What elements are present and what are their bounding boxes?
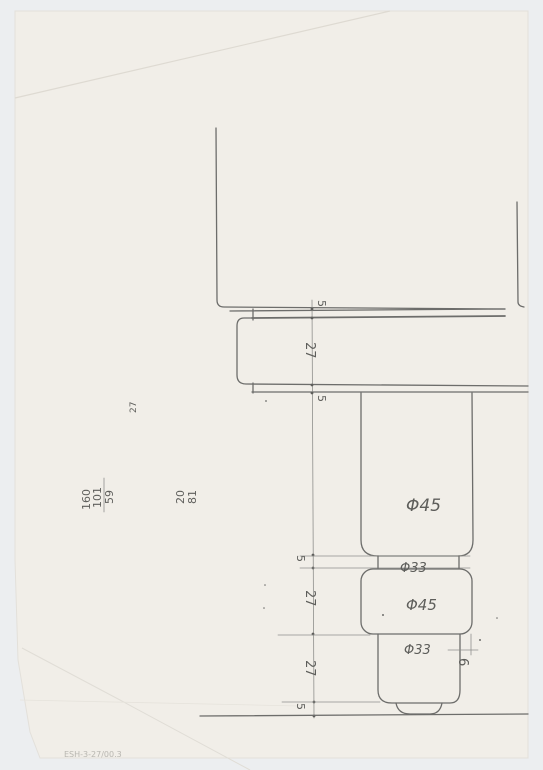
drawing-sheet: 5 27 5 5 27 27 5 6 Φ45 Φ33 Φ45 Φ33 27 16… xyxy=(0,0,543,770)
dim-label-top-rail: 27 xyxy=(302,342,317,359)
technical-drawing: 5 27 5 5 27 27 5 6 Φ45 Φ33 Φ45 Φ33 27 16… xyxy=(0,0,543,770)
dim-label-middle-block: 27 xyxy=(302,590,317,607)
dim-label-foot-offset: 6 xyxy=(455,658,470,666)
dia-label-upper-neck: Φ33 xyxy=(400,561,427,576)
dim-label-top-gap: 5 xyxy=(315,300,328,307)
dim-label-top-lower-gap: 5 xyxy=(315,395,328,402)
margin-note-fraction: 20 81 xyxy=(174,490,199,504)
dia-label-upper-leg: Φ45 xyxy=(406,496,441,516)
dim-label-neck-gap: 5 xyxy=(294,555,307,562)
svg-text:59: 59 xyxy=(103,490,116,504)
dia-label-middle-block: Φ45 xyxy=(406,596,437,614)
dim-label-bottom-gap: 5 xyxy=(294,703,307,710)
dia-label-foot: Φ33 xyxy=(404,643,431,658)
dim-label-foot: 27 xyxy=(302,660,317,677)
margin-note-small: 27 xyxy=(129,402,139,413)
svg-text:81: 81 xyxy=(186,490,199,504)
archive-stamp: ESH-3-27/00.3 xyxy=(64,750,122,759)
